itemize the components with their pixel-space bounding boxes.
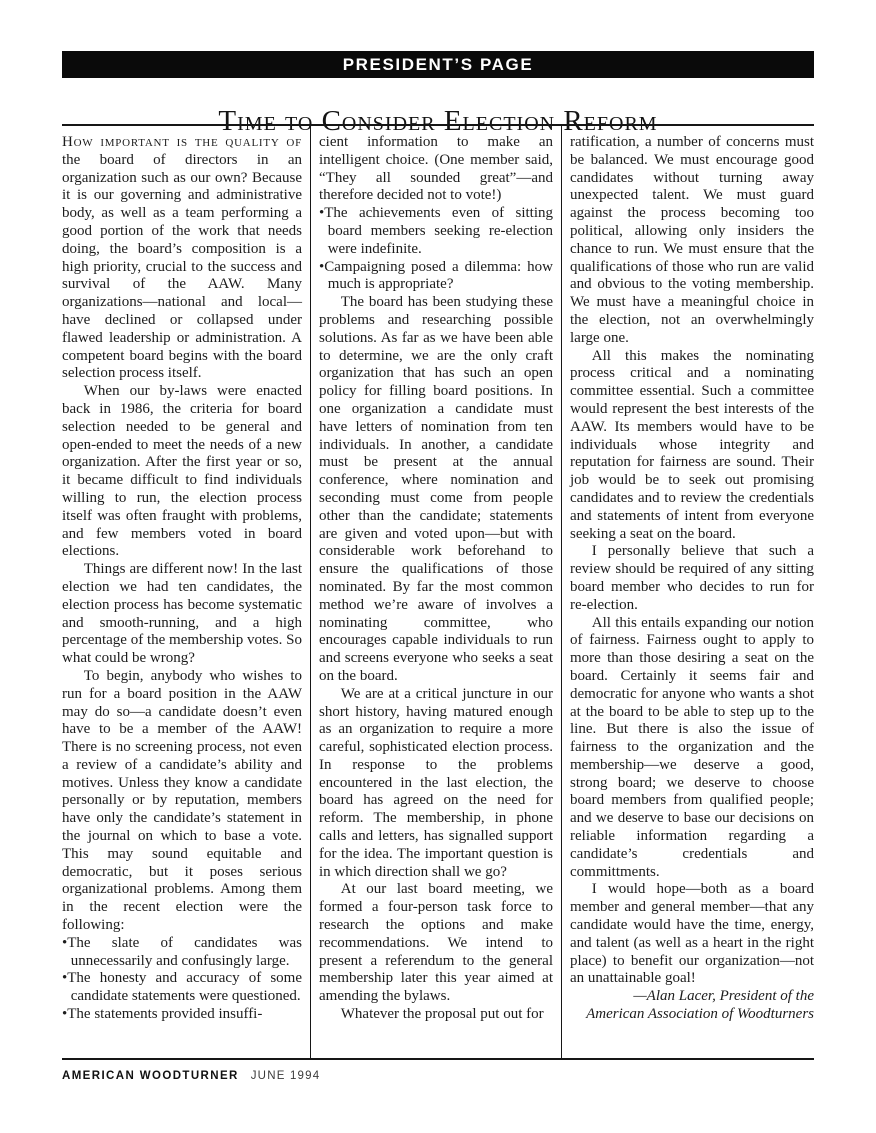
paragraph: At our last board meeting, we formed a f…	[319, 881, 553, 1006]
bullet-item: •The achievements even of sitting board …	[319, 205, 553, 258]
paragraph: cient information to make an intelligent…	[319, 134, 553, 205]
paragraph: How important is the quality of the boar…	[62, 134, 302, 383]
bullet-item: •The honesty and accuracy of some candid…	[62, 970, 302, 1006]
paragraph: ratification, a number of concerns must …	[570, 134, 814, 348]
text-column-3: ratification, a number of concerns must …	[562, 126, 814, 1060]
paragraph: I personally believe that such a review …	[570, 543, 814, 614]
text-column-1: How important is the quality of the boar…	[62, 126, 310, 1060]
paragraph: When our by-laws were enacted back in 19…	[62, 383, 302, 561]
byline: —Alan Lacer, President of the	[570, 988, 814, 1006]
text-column-2: cient information to make an intelligent…	[310, 126, 562, 1060]
bullet-item: •Campaigning posed a dilemma: how much i…	[319, 259, 553, 295]
issue-date: JUNE 1994	[251, 1070, 321, 1082]
lead-smallcaps: How important is the quality of	[62, 134, 302, 150]
paragraph: We are at a critical juncture in our sho…	[319, 686, 553, 882]
paragraph: The board has been studying these proble…	[319, 294, 553, 686]
bullet-item: •The statements provided insuffi-	[62, 1006, 302, 1024]
paragraph: Whatever the proposal put out for	[319, 1006, 553, 1024]
paragraph: Things are different now! In the last el…	[62, 561, 302, 668]
section-banner: PRESIDENT’S PAGE	[62, 51, 814, 78]
paragraph: To begin, anybody who wishes to run for …	[62, 668, 302, 935]
bullet-item: •The slate of candidates was unnecessari…	[62, 935, 302, 971]
magazine-name: AMERICAN WOODTURNER	[62, 1070, 239, 1082]
paragraph: I would hope—both as a board member and …	[570, 881, 814, 988]
footer-rule	[62, 1058, 814, 1060]
paragraph: All this makes the nominating process cr…	[570, 348, 814, 544]
page-footer: AMERICAN WOODTURNERJUNE 1994	[62, 1070, 814, 1082]
byline: American Association of Woodturners	[570, 1006, 814, 1024]
magazine-page: PRESIDENT’S PAGE Time to Consider Electi…	[0, 0, 876, 1133]
article-body: How important is the quality of the boar…	[62, 124, 814, 1060]
paragraph: All this entails expanding our notion of…	[570, 615, 814, 882]
section-banner-label: PRESIDENT’S PAGE	[343, 55, 534, 75]
